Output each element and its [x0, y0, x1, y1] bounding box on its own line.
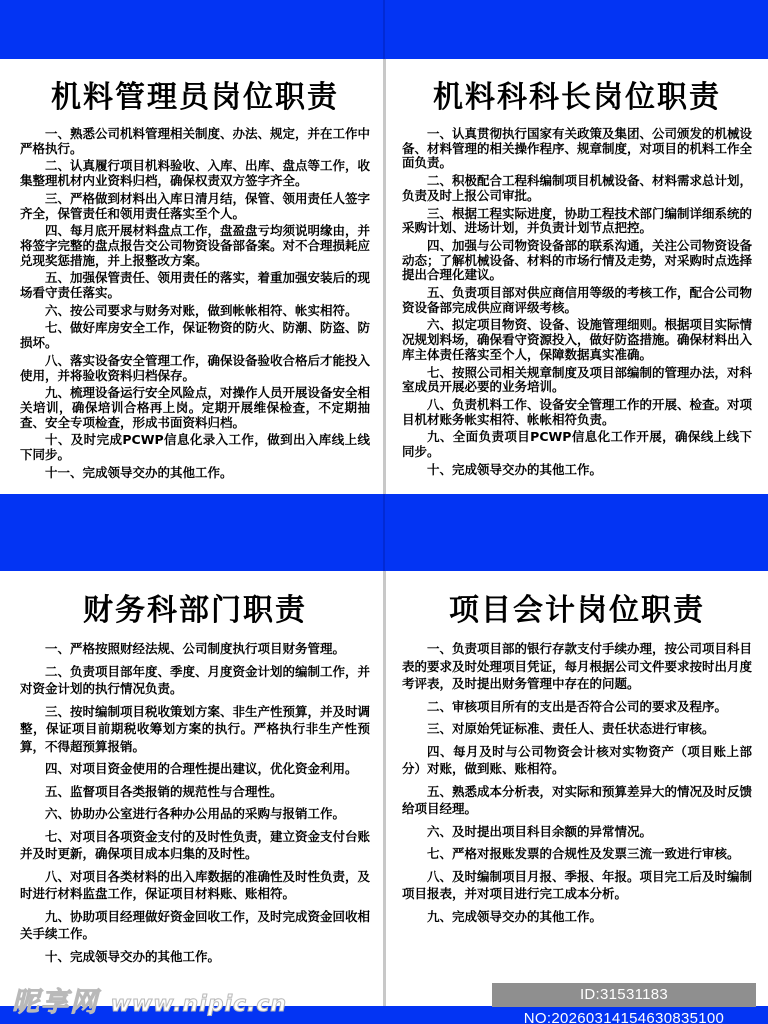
duty-list-material-manager: 一、熟悉公司机料管理相关制度、办法、规定，并在工作中严格执行。二、认真履行项目机… — [20, 127, 370, 480]
watermark-site-url: www.nipic.cn — [111, 992, 288, 1017]
duty-item: 一、熟悉公司机料管理相关制度、办法、规定，并在工作中严格执行。 — [20, 127, 370, 156]
duty-item: 二、负责项目部年度、季度、月度资金计划的编制工作，并对资金计划的执行情况负责。 — [20, 663, 370, 698]
image-id-badge: ID:31531183 NO:20260314154630835100 — [492, 983, 756, 1007]
duty-item: 三、严格做到材料出入库日清月结，保管、领用责任人签字齐全，保管责任和领用责任落实… — [20, 192, 370, 221]
duty-item: 八、落实设备安全管理工作，确保设备验收合格后才能投入使用，并将验收资料归档保存。 — [20, 354, 370, 383]
duty-item: 七、做好库房安全工作，保证物资的防火、防潮、防盗、防损坏。 — [20, 321, 370, 350]
duty-item: 二、认真履行项目机料验收、入库、出库、盘点等工作，收集整理机材内业资料归档，确保… — [20, 159, 370, 188]
duty-item: 三、按时编制项目税收策划方案、非生产性预算，并及时调整，保证项目前期税收筹划方案… — [20, 703, 370, 756]
duty-item: 四、每月及时与公司物资会计核对实物资产（项目账上部分）对账，做到账、账相符。 — [402, 743, 752, 778]
duty-item: 五、负责项目部对供应商信用等级的考核工作，配合公司物资设备部完成供应商评级考核。 — [402, 286, 752, 315]
duty-item: 十、完成领导交办的其他工作。 — [402, 463, 752, 478]
panel-title-project-accountant: 项目会计岗位职责 — [402, 585, 752, 629]
panel-material-section-chief-duties: 机料科科长岗位职责 一、认真贯彻执行国家有关政策及集团、公司颁发的机械设备、材料… — [402, 72, 752, 480]
duty-item: 六、按公司要求与财务对账，做到帐帐相符、帐实相符。 — [20, 304, 370, 319]
duty-item: 二、审核项目所有的支出是否符合公司的要求及程序。 — [402, 698, 752, 716]
duty-item: 四、每月底开展材料盘点工作，盘盈盘亏均须说明缘由，并将签字完整的盘点报告交公司物… — [20, 224, 370, 268]
duty-item: 六、及时提出项目科目余额的异常情况。 — [402, 823, 752, 841]
duty-item: 十、完成领导交办的其他工作。 — [20, 948, 370, 966]
duty-item: 八、及时编制项目月报、季报、年报。项目完工后及时编制项目报表，并对项目进行完工成… — [402, 868, 752, 903]
duty-list-material-section-chief: 一、认真贯彻执行国家有关政策及集团、公司颁发的机械设备、材料管理的相关操作程序、… — [402, 127, 752, 477]
top-blue-band — [0, 0, 768, 59]
duty-item: 五、监督项目各类报销的规范性与合理性。 — [20, 783, 370, 801]
duty-item: 一、认真贯彻执行国家有关政策及集团、公司颁发的机械设备、材料管理的相关操作程序、… — [402, 127, 752, 171]
middle-blue-band — [0, 494, 768, 571]
duty-item: 九、梳理设备运行安全风险点，对操作人员开展设备安全相关培训，确保培训合格再上岗。… — [20, 386, 370, 430]
watermark-site-logo: 昵享网 — [12, 987, 99, 1018]
panel-material-manager-duties: 机料管理员岗位职责 一、熟悉公司机料管理相关制度、办法、规定，并在工作中严格执行… — [20, 72, 370, 483]
duty-item: 六、拟定项目物资、设备、设施管理细则。根据项目实际情况规划料场，确保看守资源投入… — [402, 318, 752, 362]
duty-item: 八、对项目各类材料的出入库数据的准确性及时性负责，及时进行材料监盘工作，保证项目… — [20, 868, 370, 903]
duty-item: 七、按照公司相关规章制度及项目部编制的管理办法，对科室成员开展必要的业务培训。 — [402, 366, 752, 395]
duty-item: 三、根据工程实际进度，协助工程技术部门编制详细系统的采购计划、进场计划，并负责计… — [402, 207, 752, 236]
duty-item: 七、严格对报账发票的合规性及发票三流一致进行审核。 — [402, 845, 752, 863]
duty-item: 八、负责机料工作、设备安全管理工作的开展、检查。对项目机材账务帐实相符、帐帐相符… — [402, 398, 752, 427]
duty-item: 六、协助办公室进行各种办公用品的采购与报销工作。 — [20, 805, 370, 823]
panel-title-finance-department: 财务科部门职责 — [20, 585, 370, 629]
duty-item: 九、完成领导交办的其他工作。 — [402, 908, 752, 926]
duty-list-finance-department: 一、严格按照财经法规、公司制度执行项目财务管理。二、负责项目部年度、季度、月度资… — [20, 640, 370, 965]
duty-item: 一、严格按照财经法规、公司制度执行项目财务管理。 — [20, 640, 370, 658]
duty-item: 四、加强与公司物资设备部的联系沟通，关注公司物资设备动态；了解机械设备、材料的市… — [402, 239, 752, 283]
duty-item: 一、负责项目部的银行存款支付手续办理，按公司项目科目表的要求及时处理项目凭证，每… — [402, 640, 752, 693]
panel-finance-department-duties: 财务科部门职责 一、严格按照财经法规、公司制度执行项目财务管理。二、负责项目部年… — [20, 585, 370, 970]
duty-item: 二、积极配合工程科编制项目机械设备、材料需求总计划，负责及时上报公司审批。 — [402, 174, 752, 203]
nipic-watermark: 昵享网 www.nipic.cn — [12, 980, 287, 1019]
duty-item: 四、对项目资金使用的合理性提出建议，优化资金利用。 — [20, 760, 370, 778]
duty-item: 五、熟悉成本分析表，对实际和预算差异大的情况及时反馈给项目经理。 — [402, 783, 752, 818]
panel-title-material-section-chief: 机料科科长岗位职责 — [402, 72, 752, 116]
duty-list-project-accountant: 一、负责项目部的银行存款支付手续办理，按公司项目科目表的要求及时处理项目凭证，每… — [402, 640, 752, 925]
duty-item: 五、加强保管责任、领用责任的落实，着重加强安装后的现场看守责任落实。 — [20, 271, 370, 300]
duty-item: 三、对原始凭证标准、责任人、责任状态进行审核。 — [402, 720, 752, 738]
panel-project-accountant-duties: 项目会计岗位职责 一、负责项目部的银行存款支付手续办理，按公司项目科目表的要求及… — [402, 585, 752, 930]
duty-item: 十一、完成领导交办的其他工作。 — [20, 466, 370, 481]
duty-item: 七、对项目各项资金支付的及时性负责，建立资金支付台账并及时更新，确保项目成本归集… — [20, 828, 370, 863]
duty-item: 九、协助项目经理做好资金回收工作，及时完成资金回收相关手续工作。 — [20, 908, 370, 943]
panel-title-material-manager: 机料管理员岗位职责 — [20, 72, 370, 116]
duty-item: 九、全面负责项目PCWP信息化工作开展，确保线上线下同步。 — [402, 430, 752, 459]
duty-item: 十、及时完成PCWP信息化录入工作，做到出入库线上线下同步。 — [20, 433, 370, 462]
